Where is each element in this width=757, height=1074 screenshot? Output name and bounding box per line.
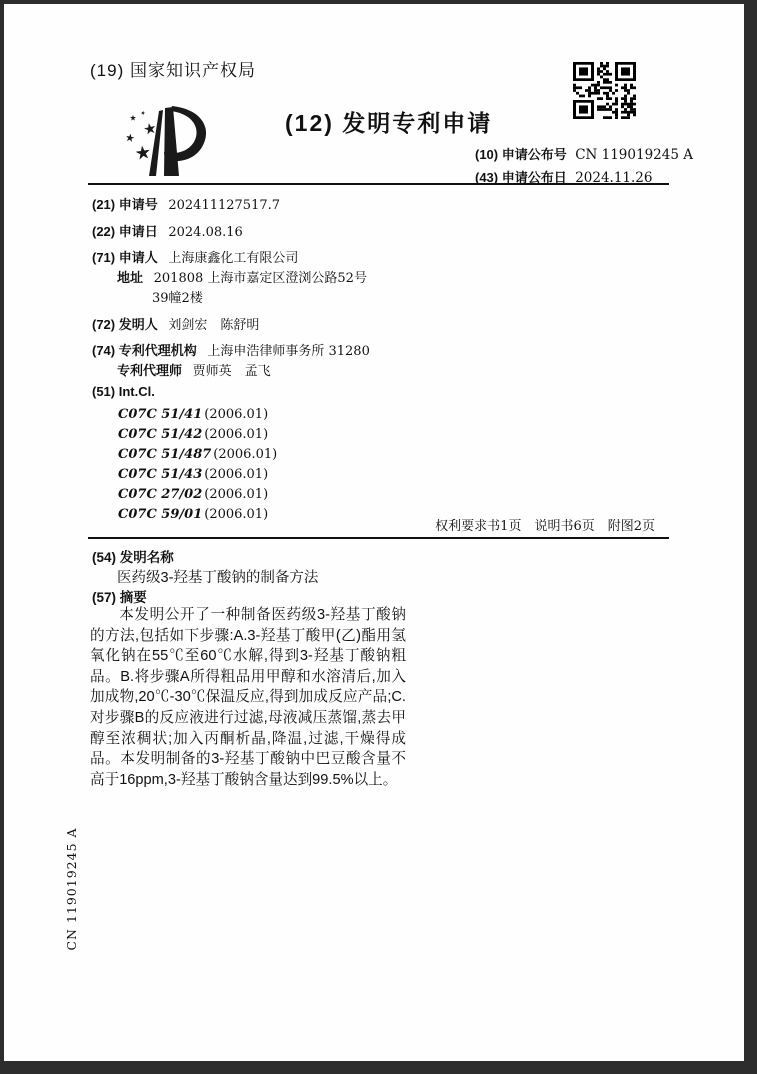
applicant-row: (71) 申请人 上海康鑫化工有限公司 — [92, 247, 298, 266]
document-type-title: (12) 发明专利申请 — [285, 105, 492, 138]
classification-code: C07C 59/01 — [118, 507, 202, 522]
agency-value: 上海申浩律师事务所 31280 — [207, 344, 370, 359]
classification-row: C07C 27/02(2006.01) — [118, 486, 268, 502]
application-date-label: (22) 申请日 — [92, 224, 158, 239]
classification-row: C07C 51/43(2006.01) — [118, 466, 268, 482]
address-line2: 39幢2楼 — [152, 291, 203, 306]
applicant-label: (71) 申请人 — [92, 250, 158, 265]
inventor-label: (72) 发明人 — [92, 317, 158, 332]
agency-label: (74) 专利代理机构 — [92, 343, 197, 358]
classification-code: C07C 27/02 — [118, 487, 202, 502]
applicant-address-row-2: 39幢2楼 — [152, 287, 203, 306]
address-line1: 201808 上海市嘉定区澄浏公路52号 — [154, 271, 367, 286]
inventor-row: (72) 发明人 刘剑宏 陈舒明 — [92, 314, 259, 333]
classification-row: C07C 51/42(2006.01) — [118, 426, 268, 442]
qr-code — [573, 62, 636, 119]
cnipa-logo-icon — [102, 96, 220, 188]
abstract-text: 本发明公开了一种制备医药级3-羟基丁酸钠的方法,包括如下步骤:A.3-羟基丁酸甲… — [90, 605, 406, 790]
publication-number-line: (10) 申请公布号 CN 119019245 A — [475, 144, 693, 164]
classification-version: (2006.01) — [213, 447, 277, 462]
inventor-names: 刘剑宏 陈舒明 — [168, 318, 259, 333]
patent-front-page: (19) 国家知识产权局 (12) 发明专利申请 (10) 申请公布号 CN 1… — [4, 4, 744, 1061]
classification-version: (2006.01) — [204, 407, 268, 422]
address-label: 地址 — [117, 270, 143, 285]
classification-version: (2006.01) — [204, 507, 268, 522]
agency-row: (74) 专利代理机构 上海申浩律师事务所 31280 — [92, 340, 370, 359]
application-date-row: (22) 申请日 2024.08.16 — [92, 221, 243, 240]
classification-row: C07C 51/487(2006.01) — [118, 446, 277, 462]
pages-count-info: 权利要求书1页 说明书6页 附图2页 — [435, 515, 655, 534]
classification-version: (2006.01) — [204, 487, 268, 502]
publication-number-label: (10) 申请公布号 — [475, 147, 567, 162]
classification-version: (2006.01) — [204, 467, 268, 482]
applicant-value: 上海康鑫化工有限公司 — [168, 251, 298, 266]
applicant-address-row: 地址 201808 上海市嘉定区澄浏公路52号 — [117, 267, 367, 286]
intcl-label: (51) Int.Cl. — [92, 384, 155, 399]
side-publication-number: CN 119019245 A — [64, 826, 82, 952]
header-divider — [88, 183, 669, 185]
agent-names: 贾师英 孟飞 — [193, 364, 271, 379]
invention-title-label: (54) 发明名称 — [92, 546, 174, 566]
classification-row: C07C 51/41(2006.01) — [118, 406, 268, 422]
application-number-row: (21) 申请号 202411127517.7 — [92, 194, 280, 213]
invention-title: 医药级3-羟基丁酸钠的制备方法 — [117, 566, 318, 587]
agent-row: 专利代理师 贾师英 孟飞 — [117, 360, 271, 379]
intcl-row: (51) Int.Cl. — [92, 384, 155, 399]
application-number-label: (21) 申请号 — [92, 197, 158, 212]
classification-code: C07C 51/42 — [118, 427, 202, 442]
classification-code: C07C 51/41 — [118, 407, 202, 422]
classification-code: C07C 51/487 — [118, 447, 211, 462]
agent-label: 专利代理师 — [117, 363, 182, 378]
abstract-label: (57) 摘要 — [92, 586, 147, 606]
classification-version: (2006.01) — [204, 427, 268, 442]
publication-number-value: CN 119019245 A — [575, 147, 693, 163]
patent-office-name: (19) 国家知识产权局 — [90, 56, 256, 81]
application-number-value: 202411127517.7 — [168, 198, 280, 213]
biblio-divider — [88, 537, 669, 539]
classification-row: C07C 59/01(2006.01) — [118, 506, 268, 522]
classification-code: C07C 51/43 — [118, 467, 202, 482]
application-date-value: 2024.08.16 — [168, 225, 242, 240]
